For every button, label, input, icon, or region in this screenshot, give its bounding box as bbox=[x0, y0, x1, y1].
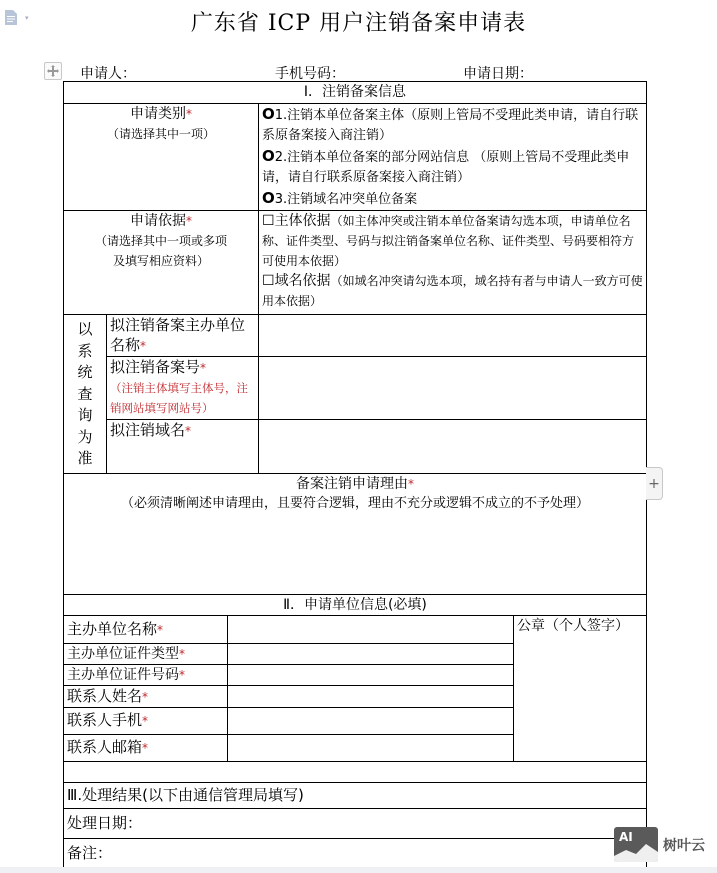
blank-row bbox=[64, 762, 647, 783]
field-label-cell: 主办单位证件类型* bbox=[64, 644, 228, 665]
table-move-handle[interactable] bbox=[44, 62, 62, 80]
stamp-cell[interactable]: 公章（个人签字） bbox=[514, 616, 647, 762]
page-title: 广东省 ICP 用户注销备案申请表 bbox=[0, 6, 717, 37]
basis-label-cell: 申请依据* （请选择其中一项或多项 及填写相应资料） bbox=[64, 211, 259, 315]
move-icon bbox=[47, 65, 59, 77]
category-hint: （请选择其中一项） bbox=[67, 124, 255, 144]
reason-cell[interactable]: 备案注销申请理由* （必须清晰阐述申请理由，且要符合逻辑，理由不充分或逻辑不成立… bbox=[64, 474, 647, 595]
category-option-2[interactable]: O2.注销本单位备案的部分网站信息 （原则上管局不受理此类申请，请自行联系原备案… bbox=[262, 146, 643, 188]
section3-heading: Ⅲ.处理结果(以下由通信管理局填写) bbox=[64, 783, 647, 809]
phone-label: 手机号码： bbox=[275, 63, 345, 83]
ai-image-icon: AI bbox=[614, 827, 658, 862]
contact-name-input[interactable] bbox=[228, 686, 514, 708]
section1-heading: Ⅰ．注销备案信息 bbox=[64, 82, 647, 104]
process-date-label: 处理日期： bbox=[67, 814, 142, 832]
field-label-cell: 主办单位证件号码* bbox=[64, 665, 228, 686]
section2-heading: Ⅱ．申请单位信息(必填) bbox=[64, 595, 647, 616]
radio-icon[interactable]: O bbox=[262, 189, 275, 207]
checkbox-icon[interactable]: ☐ bbox=[262, 273, 275, 289]
id-type-input[interactable] bbox=[228, 644, 514, 665]
required-mark: * bbox=[186, 107, 192, 121]
remarks-label: 备注： bbox=[67, 844, 112, 862]
remarks-cell[interactable]: 备注： bbox=[64, 839, 647, 869]
domain-input[interactable] bbox=[259, 420, 647, 474]
stamp-label: 公章（个人签字） bbox=[517, 618, 629, 634]
add-column-button[interactable]: + bbox=[646, 467, 663, 500]
reason-hint: （必须清晰阐述申请理由，且要符合逻辑，理由不充分或逻辑不成立的不予处理） bbox=[67, 494, 643, 514]
apply-date-label: 申请日期： bbox=[463, 63, 533, 83]
org-name-input[interactable] bbox=[228, 616, 514, 644]
applicant-label: 申请人： bbox=[80, 63, 136, 83]
field-label-cell: 联系人手机* bbox=[64, 708, 228, 735]
horizontal-scrollbar[interactable] bbox=[0, 867, 717, 873]
category-option-3[interactable]: O3.注销域名冲突单位备案 bbox=[262, 188, 643, 210]
reason-label: 备案注销申请理由 bbox=[296, 476, 408, 492]
registrant-name-input[interactable] bbox=[259, 315, 647, 357]
contact-phone-input[interactable] bbox=[228, 708, 514, 735]
checkbox-icon[interactable]: ☐ bbox=[262, 213, 275, 229]
basis-option-domain[interactable]: ☐域名依据（如域名冲突请勾选本项，域名持有者与申请人一致方可使用本依据） bbox=[262, 271, 643, 311]
contact-email-input[interactable] bbox=[228, 735, 514, 762]
id-number-input[interactable] bbox=[228, 665, 514, 686]
category-option-1[interactable]: O1.注销本单位备案主体（原则上管局不受理此类申请，请自行联系原备案接入商注销） bbox=[262, 104, 643, 146]
basis-options-cell: ☐主体依据（如主体冲突或注销本单位备案请勾选本项，申请单位名称、证件类型、号码与… bbox=[259, 211, 647, 315]
process-date-cell[interactable]: 处理日期： bbox=[64, 809, 647, 839]
field-label-cell: 拟注销备案号* （注销主体填写主体号，注销网站填写网站号） bbox=[107, 357, 259, 420]
field-label-cell: 联系人姓名* bbox=[64, 686, 228, 708]
basis-label: 申请依据 bbox=[130, 213, 186, 229]
watermark-text: 树叶云 bbox=[663, 835, 705, 855]
basis-option-entity[interactable]: ☐主体依据（如主体冲突或注销本单位备案请勾选本项，申请单位名称、证件类型、号码与… bbox=[262, 211, 643, 271]
record-number-note: （注销主体填写主体号，注销网站填写网站号） bbox=[110, 378, 255, 418]
record-number-input[interactable] bbox=[259, 357, 647, 420]
deregistration-form-table: Ⅰ．注销备案信息 申请类别* （请选择其中一项） O1.注销本单位备案主体（原则… bbox=[63, 81, 647, 869]
required-mark: * bbox=[186, 214, 192, 228]
field-label-cell: 联系人邮箱* bbox=[64, 735, 228, 762]
category-label-cell: 申请类别* （请选择其中一项） bbox=[64, 104, 259, 211]
category-options-cell: O1.注销本单位备案主体（原则上管局不受理此类申请，请自行联系原备案接入商注销）… bbox=[259, 104, 647, 211]
watermark-logo: AI 树叶云 bbox=[614, 827, 705, 862]
category-label: 申请类别 bbox=[130, 106, 186, 122]
system-query-label: 以系统查询为准 bbox=[64, 315, 107, 474]
field-label-cell: 拟注销备案主办单位名称* bbox=[107, 315, 259, 357]
basis-hint-line1: （请选择其中一项或多项 bbox=[67, 231, 255, 251]
basis-hint-line2: 及填写相应资料） bbox=[67, 251, 255, 271]
field-label-cell: 拟注销域名* bbox=[107, 420, 259, 474]
field-label-cell: 主办单位名称* bbox=[64, 616, 228, 644]
radio-icon[interactable]: O bbox=[262, 105, 275, 123]
radio-icon[interactable]: O bbox=[262, 147, 275, 165]
